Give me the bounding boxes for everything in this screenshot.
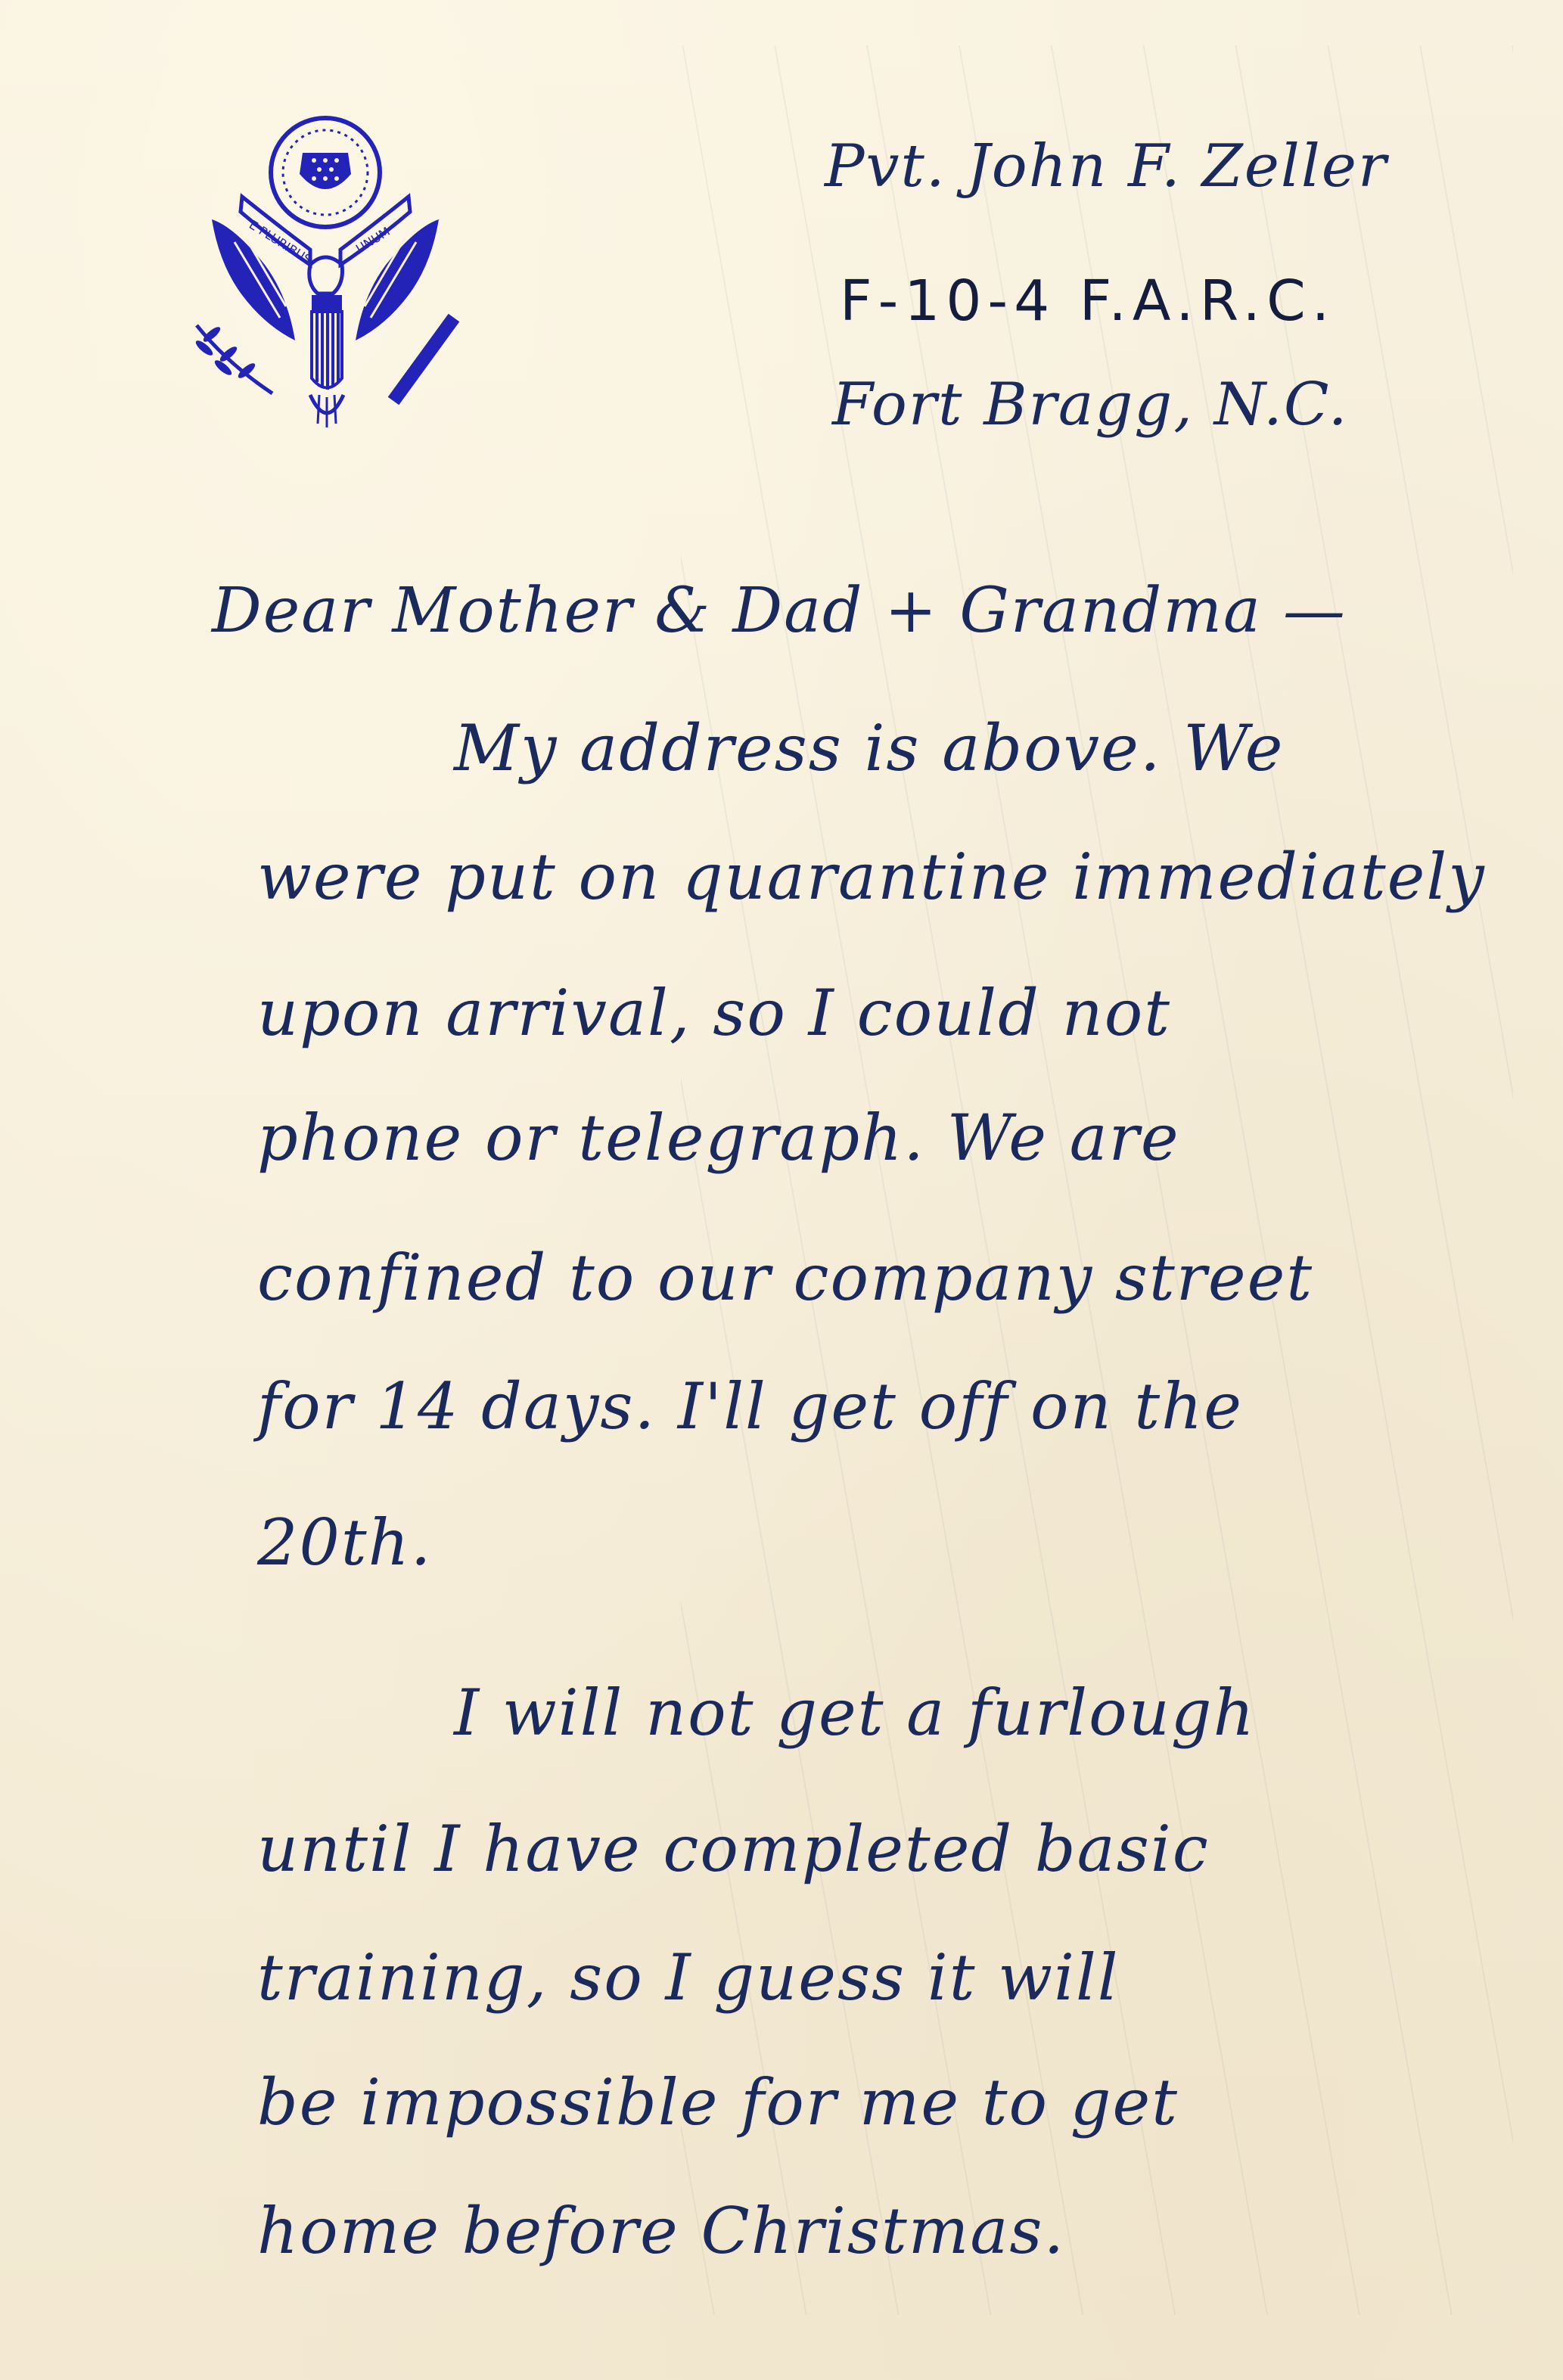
svg-text:UNUM: UNUM (353, 224, 393, 256)
body-line: 20th. (257, 1505, 432, 1580)
body-line: training, so I guess it will (257, 1940, 1120, 2015)
body-line: confined to our company street (257, 1241, 1313, 1315)
sender-location: Fort Bragg, N.C. (832, 371, 1491, 439)
body-line: home before Christmas. (257, 2194, 1065, 2268)
body-line: upon arrival, so I could not (257, 976, 1171, 1050)
body-line: My address is above. We (454, 711, 1284, 785)
body-line: I will not get a furlough (454, 1676, 1256, 1750)
body-line: be impossible for me to get (257, 2065, 1179, 2139)
great-seal-eagle-icon: E PLURIBUS UNUM (182, 113, 469, 431)
salutation: Dear Mother & Dad + Grandma — (212, 575, 1347, 647)
body-line: phone or telegraph. We are (257, 1101, 1180, 1175)
body-line: until I have completed basic (257, 1812, 1210, 1886)
body-line: for 14 days. I'll get off on the (257, 1369, 1243, 1443)
sender-unit: F-10-4 F.A.R.C. (840, 269, 1491, 334)
sender-name: Pvt. John F. Zeller (825, 132, 1491, 200)
body-line: were put on quarantine immediately (257, 840, 1486, 914)
